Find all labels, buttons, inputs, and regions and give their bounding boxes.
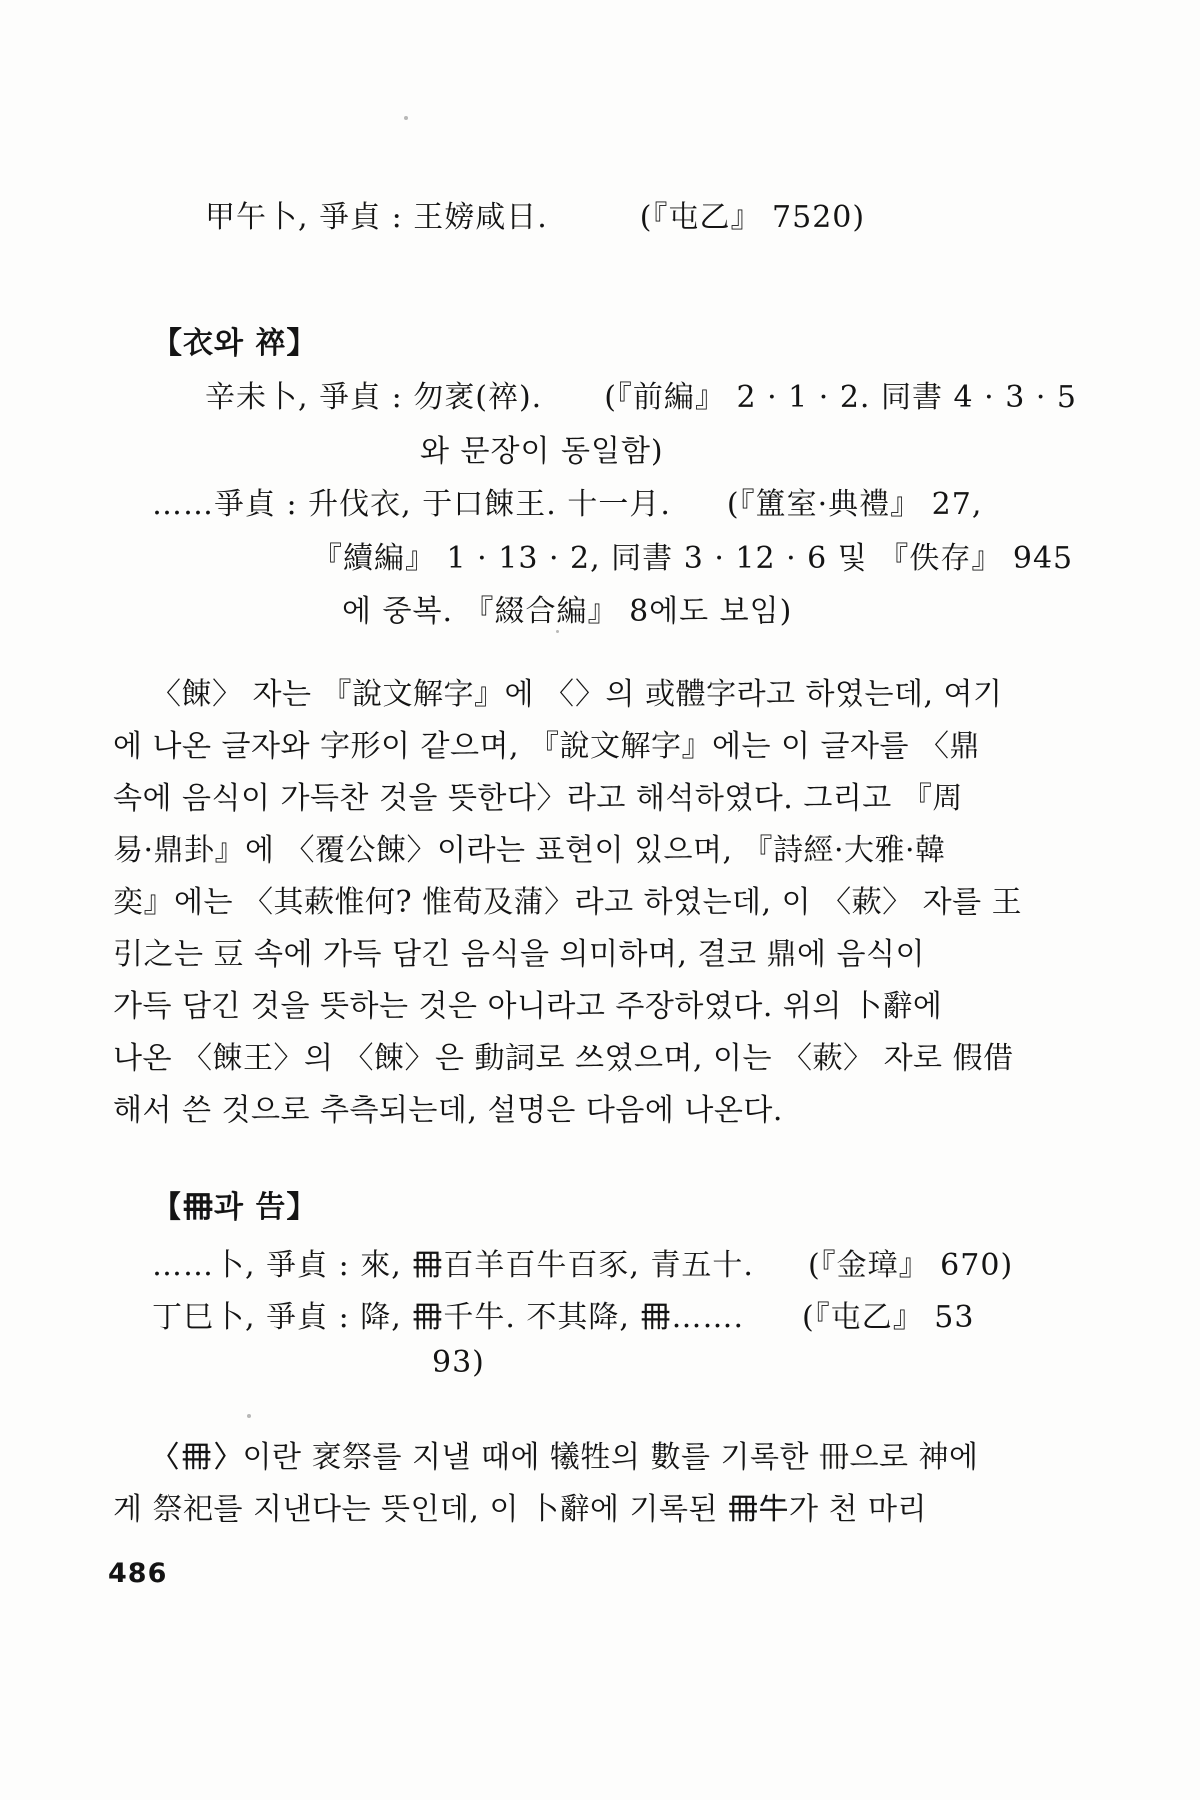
paragraph-line: 속에 음식이 가득찬 것을 뜻한다〉라고 해석하였다. 그리고 『周 [113,773,1091,825]
oracle-quote-line: ……爭貞 : 升伐衣, 于口餗王. 十一月.(『簠室·典禮』 27, [152,479,982,523]
paragraph-line: 易·鼎卦』에 〈覆公餗〉이라는 표현이 있으며, 『詩經·大雅·韓 [113,825,1091,877]
citation: (『金璋』 670) [808,1240,1013,1284]
body-paragraph: 〈餗〉 자는 『說文解字』에 〈𩱵〉의 或體字라고 하였는데, 여기 에 나온 … [113,669,1091,1137]
scan-speck [556,630,559,633]
scan-speck [404,116,408,120]
oracle-text: 丁巳卜, 爭貞 : 降, 𠕋千牛. 不其降, 𠕋……. [152,1300,744,1335]
paragraph-line: 引之는 豆 속에 가득 담긴 음식을 의미하며, 결코 鼎에 음식이 [113,929,1091,981]
oracle-text: ……卜, 爭貞 : 來, 𠕋百羊百牛百豕, 青五十. [152,1248,754,1283]
page-number: 486 [108,1558,167,1589]
paragraph-line: 奕』에는 〈其蔌惟何? 惟荀及蒲〉라고 하였는데, 이 〈蔌〉 자를 王 [113,877,1091,929]
oracle-text: 辛未卜, 爭貞 : 勿衺(祽). [205,380,542,415]
oracle-quote-line: ……卜, 爭貞 : 來, 𠕋百羊百牛百豕, 青五十.(『金璋』 670) [152,1240,1013,1284]
oracle-text: 甲午卜, 爭貞 : 王嫎咸日. [205,200,548,235]
citation: (『前編』 2 · 1 · 2. 同書 4 · 3 · 5 [604,372,1077,416]
oracle-text: ……爭貞 : 升伐衣, 于口餗王. 十一月. [152,487,671,522]
section-heading: 【衣와 祽】 [152,318,317,362]
citation: (『簠室·典禮』 27, [727,479,983,523]
paragraph-line: 게 祭祀를 지낸다는 뜻인데, 이 卜辭에 기록된 𠕋牛가 천 마리 [113,1484,1091,1536]
citation: (『屯乙』 7520) [640,192,865,236]
paragraph-line: 〈餗〉 자는 『說文解字』에 〈𩱵〉의 或體字라고 하였는데, 여기 [113,669,1091,721]
book-page: 甲午卜, 爭貞 : 王嫎咸日.(『屯乙』 7520) 【衣와 祽】 辛未卜, 爭… [0,0,1200,1800]
paragraph-line: 해서 쓴 것으로 추측되는데, 설명은 다음에 나온다. [113,1085,1091,1137]
section-heading: 【𠕋과 告】 [152,1182,317,1226]
oracle-quote-continuation: 와 문장이 동일함) [420,426,664,470]
citation: (『屯乙』 53 [802,1292,974,1336]
paragraph-line: 가득 담긴 것을 뜻하는 것은 아니라고 주장하였다. 위의 卜辭에 [113,981,1091,1033]
paragraph-line: 에 나온 글자와 字形이 같으며, 『說文解字』에는 이 글자를 〈鼎 [113,721,1091,773]
body-paragraph: 〈𠕋〉이란 衺祭를 지낼 때에 犧牲의 數를 기록한 冊으로 神에 게 祭祀를 … [113,1432,1091,1536]
paragraph-line: 〈𠕋〉이란 衺祭를 지낼 때에 犧牲의 數를 기록한 冊으로 神에 [113,1432,1091,1484]
citation-continuation: 에 중복. 『綴合編』 8에도 보임) [342,586,792,630]
oracle-quote-line: 辛未卜, 爭貞 : 勿衺(祽).(『前編』 2 · 1 · 2. 同書 4 · … [205,372,1077,416]
citation-continuation: 93) [432,1345,485,1380]
paragraph-line: 나온 〈餗王〉의 〈餗〉은 動詞로 쓰였으며, 이는 〈蔌〉 자로 假借 [113,1033,1091,1085]
citation-continuation: 『續編』 1 · 13 · 2, 同書 3 · 12 · 6 및 『佚存』 94… [312,533,1073,577]
oracle-quote-line: 丁巳卜, 爭貞 : 降, 𠕋千牛. 不其降, 𠕋…….(『屯乙』 53 [152,1292,974,1336]
scan-speck [247,1414,251,1418]
oracle-quote-line: 甲午卜, 爭貞 : 王嫎咸日.(『屯乙』 7520) [205,192,865,236]
